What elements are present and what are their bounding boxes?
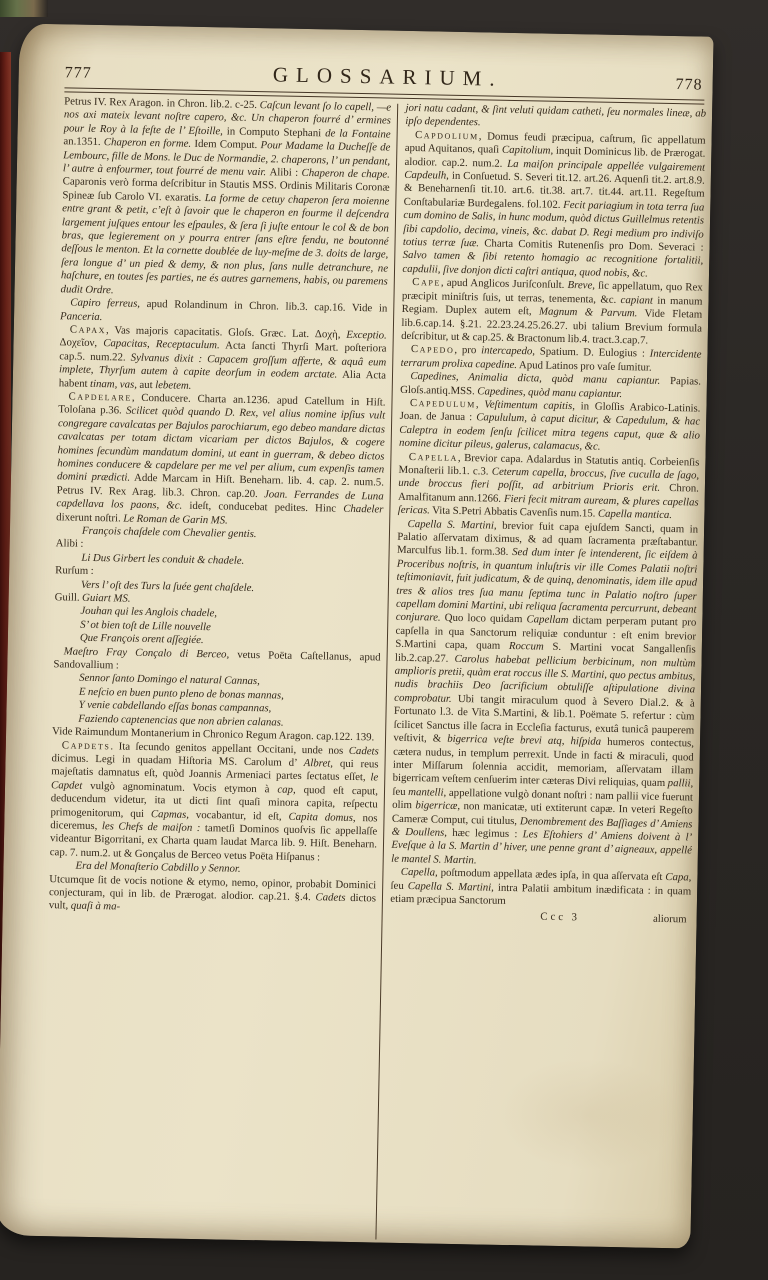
text-segment: Chadeler bbox=[343, 503, 383, 516]
column-left: Petrus IV. Rex Aragon. in Chron. lib.2. … bbox=[42, 95, 397, 1239]
book-page: 777 GLOSSARIUM. 778 Petrus IV. Rex Arago… bbox=[0, 23, 714, 1248]
text-segment: intercapedo bbox=[481, 345, 532, 358]
text-segment: lebetem. bbox=[155, 379, 192, 392]
text-segment: in Computo Stephani bbox=[227, 125, 326, 139]
paragraph: Capella S. Martini, brevior fuit capa ej… bbox=[391, 517, 698, 871]
text-segment: Alibi : bbox=[56, 538, 84, 551]
entry-headword: Capedo bbox=[411, 343, 455, 356]
text-area: Petrus IV. Rex Aragon. in Chron. lib.2. … bbox=[42, 95, 706, 1245]
paragraph: Capdets. Ita ſecundo genitos appellant O… bbox=[50, 739, 379, 866]
text-segment: capiant bbox=[620, 294, 653, 307]
text-segment: Capita domus bbox=[288, 810, 353, 823]
text-segment: Capedines, quòd manu capiantur. bbox=[477, 385, 622, 400]
text-segment: Albret bbox=[304, 757, 331, 770]
text-segment: Capa bbox=[665, 871, 689, 883]
text-segment: Guill. bbox=[55, 591, 83, 604]
text-segment: Alibi : bbox=[269, 166, 301, 179]
entry-headword: Capdolium bbox=[415, 129, 479, 142]
text-segment: , Spatium. D. Eulogius : bbox=[532, 346, 650, 360]
column-right: jori natu cadant, & ſint veluti quidam c… bbox=[377, 102, 706, 1246]
paragraph: Capedulum, Veſtimentum capitis, in Gloſſ… bbox=[399, 397, 701, 456]
entry-headword: Capdets bbox=[62, 739, 111, 752]
text-segment: Chaperon en forme. bbox=[104, 136, 195, 150]
page-number-left: 777 bbox=[65, 64, 137, 83]
text-segment: Cadets bbox=[349, 744, 379, 757]
text-segment: cap bbox=[277, 783, 293, 795]
text-segment: François chaſdele com Chevalier gentis. bbox=[82, 525, 257, 540]
entry-headword: Cape bbox=[412, 276, 441, 289]
text-segment: La forme de cetuy chaperon ſera moienne … bbox=[60, 192, 389, 296]
text-segment: mantelli bbox=[408, 786, 444, 799]
text-segment: Le Roman de Garin MS. bbox=[123, 512, 228, 526]
text-segment: Capella, bbox=[401, 866, 438, 879]
paragraph: Capdolium, Domus feudi præcipua, caſtrum… bbox=[402, 129, 705, 282]
text-segment: aut bbox=[137, 378, 155, 390]
paragraph: Petrus IV. Rex Aragon. in Chron. lib.2. … bbox=[60, 95, 391, 302]
text-segment: , bbox=[476, 398, 485, 410]
text-segment: Rurſum : bbox=[55, 564, 94, 577]
photo-background: { "page": { "left_number": "777", "title… bbox=[0, 0, 768, 1280]
text-segment: , pro bbox=[454, 344, 481, 357]
text-segment: Exceptio. bbox=[346, 329, 387, 342]
signature-mark: Ccc 3 bbox=[540, 911, 580, 925]
text-segment: Roccum bbox=[509, 640, 544, 653]
entry-headword: Capella bbox=[409, 451, 458, 464]
text-segment: jori natu cadant, & ſint veluti quidam c… bbox=[405, 102, 706, 129]
text-segment: les Chefs de maiſon : bbox=[102, 820, 201, 834]
text-segment: , hæc legimus : bbox=[444, 827, 523, 841]
paragraph: Capella, Brevior capa. Adalardus in Stat… bbox=[398, 450, 700, 523]
text-segment: ideſt, conducebat pedites. Hinc bbox=[182, 500, 343, 515]
text-segment: Chaperon de chape. bbox=[301, 167, 390, 181]
entry-headword: Capax bbox=[70, 323, 106, 336]
text-segment: Idem Comput. bbox=[194, 138, 260, 151]
text-segment: an.1351. bbox=[63, 136, 104, 149]
paragraph: Capdelare, Conducere. Charta an.1236. ap… bbox=[56, 390, 386, 530]
text-segment: Magnum & Parvum. bbox=[539, 306, 638, 320]
paragraph: Capax, Vas majoris capacitatis. Gloſs. G… bbox=[59, 323, 387, 396]
text-segment: Que François orent aſſegiée. bbox=[80, 632, 204, 646]
text-segment: Panceria. bbox=[60, 310, 103, 323]
text-segment: Veſtimentum capitis bbox=[484, 398, 572, 412]
text-segment: Capella mantica. bbox=[598, 508, 672, 521]
text-segment: bigerrica veſte brevi atq, hiſpida bbox=[447, 733, 601, 748]
paragraph: Cape, apud Anglicos Juriſconſult. Breve,… bbox=[401, 276, 703, 349]
text-segment: tinam, vas, bbox=[90, 377, 137, 390]
text-segment: Jouhan qui les Anglois chadele, bbox=[80, 605, 217, 620]
catchword: aliorum bbox=[653, 913, 691, 927]
text-segment: Apud Latinos pro vaſe ſumitur. bbox=[517, 359, 652, 374]
text-segment: de la Fontaine bbox=[325, 127, 391, 140]
text-segment: Breve bbox=[567, 279, 592, 291]
text-segment: Salvo tamen & ſibi retento homagio ac re… bbox=[402, 249, 703, 279]
entry-headword: Capedulum bbox=[410, 397, 476, 410]
text-segment: pallii bbox=[668, 777, 691, 789]
text-segment: Scilicet quòd quando D. Rex, vel alius n… bbox=[57, 405, 385, 484]
page-number-right: 778 bbox=[630, 75, 702, 94]
text-segment: Δοχεῖον, bbox=[59, 337, 103, 350]
text-segment: bigerricæ bbox=[415, 799, 457, 812]
text-segment: Capacitas, Receptaculum. bbox=[103, 337, 220, 351]
text-segment: vocabantur, id eſt, bbox=[189, 808, 289, 822]
text-segment: Guiart MS. bbox=[82, 592, 131, 605]
text-segment: quaſi à ma- bbox=[71, 900, 121, 913]
paragraph: Utcumque ſit de vocis notione & etymo, n… bbox=[49, 873, 377, 919]
text-segment: Quo loco quidam bbox=[441, 612, 527, 626]
paragraph: Capella, poſtmodum appellata ædes ipſa, … bbox=[390, 866, 691, 912]
text-segment: Li Dus Girbert les conduit & chadele. bbox=[81, 552, 244, 567]
adjacent-book-edge bbox=[0, 0, 48, 17]
text-segment: Capmas, bbox=[151, 808, 189, 821]
text-segment: , apud Anglicos Juriſconſult. bbox=[441, 277, 568, 291]
text-segment: Capitolium bbox=[502, 144, 551, 157]
entry-headword: Capdelare bbox=[68, 390, 132, 403]
text-segment: Capiro ferreus bbox=[70, 297, 137, 310]
text-segment: Capella S. Martini bbox=[408, 880, 492, 894]
text-segment: Capellam bbox=[526, 614, 568, 627]
text-segment: S’ ot bien toſt de Lille nouvelle bbox=[80, 619, 211, 634]
text-segment: dixerunt noſtri. bbox=[56, 511, 123, 524]
text-segment: Capella S. Martini, bbox=[407, 518, 496, 532]
text-segment: Cadets bbox=[315, 891, 345, 904]
page-title: GLOSSARIUM. bbox=[137, 60, 631, 94]
